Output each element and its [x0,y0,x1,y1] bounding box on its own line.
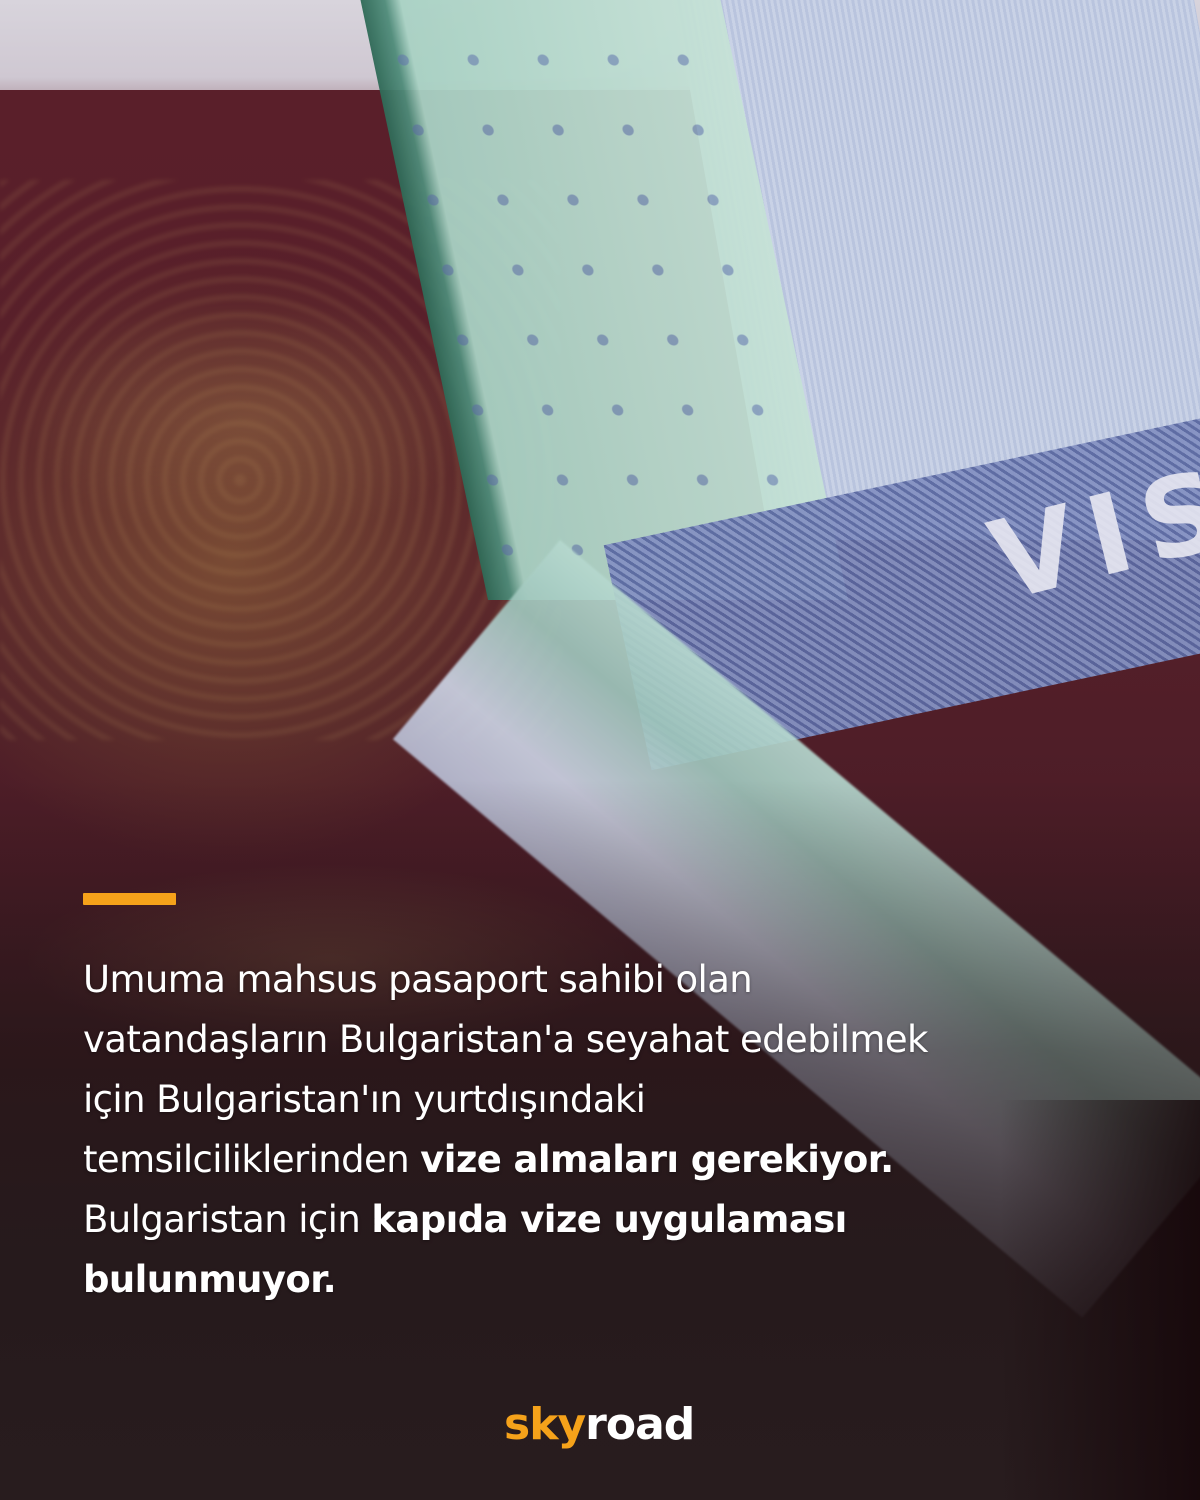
post-canvas: VIS Umuma mahsus pasaport sahibi olanvat… [0,0,1200,1500]
body-segment: Umuma mahsus pasaport sahibi olan [83,958,752,1001]
body-line: Umuma mahsus pasaport sahibi olan [83,950,1123,1010]
body-line: bulunmuyor. [83,1250,1123,1310]
body-segment: için Bulgaristan'ın yurtdışındaki [83,1078,645,1121]
accent-bar [83,893,176,905]
body-emphasis: bulunmuyor. [83,1258,336,1301]
body-segment: temsilciliklerinden [83,1138,420,1181]
skyroad-logo: skyroad [504,1400,694,1450]
body-line: Bulgaristan için kapıda vize uygulaması [83,1190,1123,1250]
body-line: için Bulgaristan'ın yurtdışındaki [83,1070,1123,1130]
body-emphasis: vize almaları gerekiyor. [420,1138,893,1181]
body-segment: vatandaşların Bulgaristan'a seyahat edeb… [83,1018,928,1061]
body-emphasis: kapıda vize uygulaması [371,1198,846,1241]
body-line: temsilciliklerinden vize almaları gereki… [83,1130,1123,1190]
body-line: vatandaşların Bulgaristan'a seyahat edeb… [83,1010,1123,1070]
body-text: Umuma mahsus pasaport sahibi olanvatanda… [83,950,1123,1310]
logo-part-road: road [585,1399,694,1450]
body-segment: Bulgaristan için [83,1198,371,1241]
logo-part-sky: sky [504,1399,585,1450]
